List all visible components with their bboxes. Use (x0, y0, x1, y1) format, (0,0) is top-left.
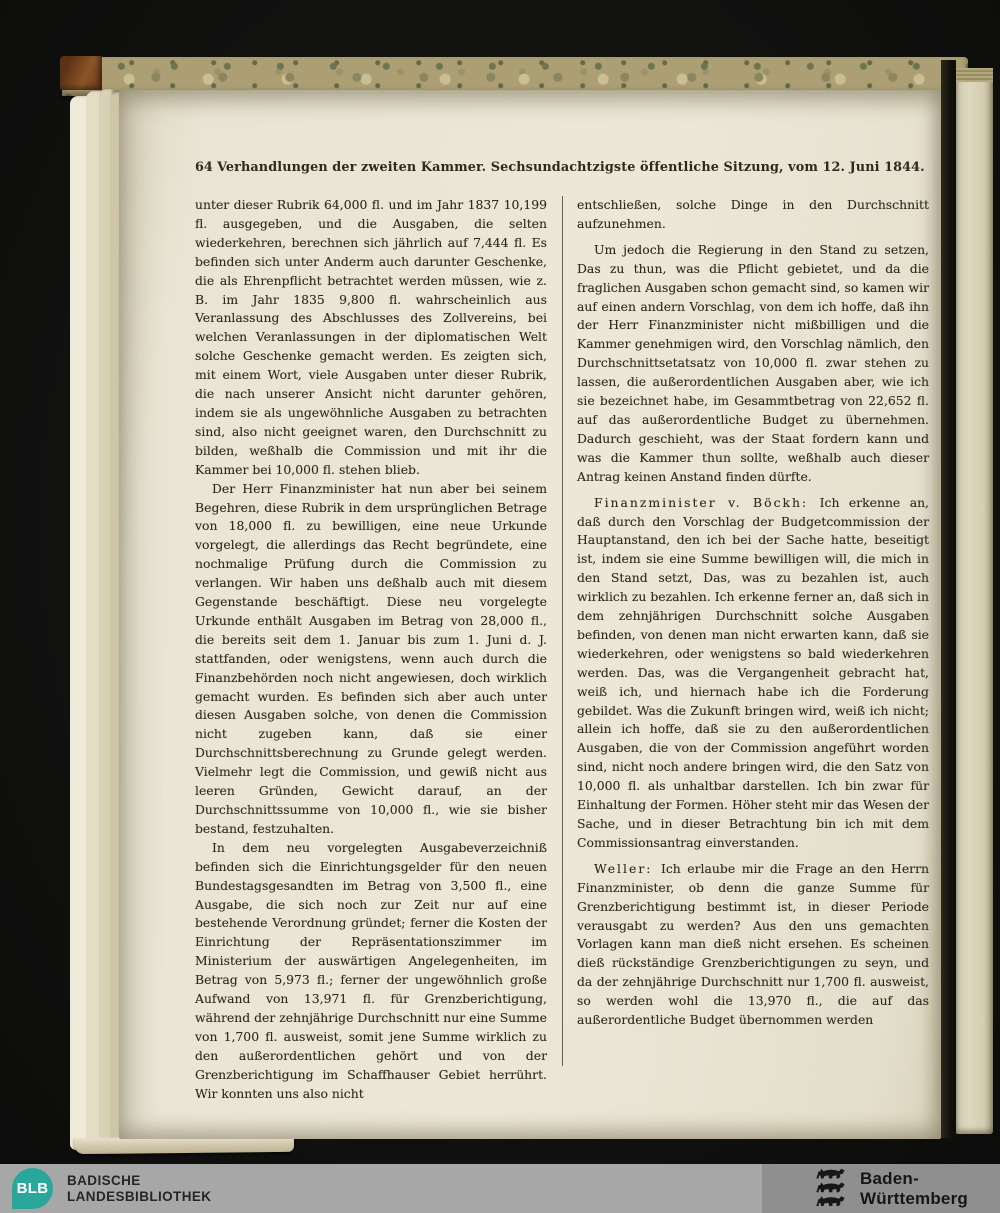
blb-logo: BLB (12, 1168, 53, 1209)
speaker-name: Finanzminister v. Böckh: (594, 495, 820, 510)
branding-right-section: Baden-Württemberg (762, 1164, 1000, 1213)
paragraph: Um jedoch die Regierung in den Stand zu … (577, 241, 929, 487)
region-label: Baden-Württemberg (860, 1169, 1000, 1209)
library-name-line1: BADISCHE (67, 1173, 211, 1189)
right-text-column: entschließen, solche Dinge in den Durchs… (577, 196, 929, 1101)
book-gutter-shadow (941, 60, 956, 1138)
page-number: 64 (195, 160, 213, 175)
library-name-line2: LANDESBIBLIOTHEK (67, 1189, 211, 1205)
library-branding-bar: BLB BADISCHE LANDESBIBLIOTHEK Baden-Würt… (0, 1164, 1000, 1213)
page-header: 64 Verhandlungen der zweiten Kammer. Sec… (195, 160, 929, 180)
left-text-column: unter dieser Rubrik 64,000 fl. und im Ja… (195, 196, 547, 1101)
paragraph: Der Herr Finanzminister hat nun aber bei… (195, 480, 547, 839)
speaker-name: Weller: (594, 861, 661, 876)
library-name: BADISCHE LANDESBIBLIOTHEK (67, 1173, 211, 1204)
paragraph: In dem neu vorgelegten Ausgabeverzeichni… (195, 839, 547, 1104)
scanned-book-page: 64 Verhandlungen der zweiten Kammer. Sec… (119, 90, 941, 1139)
paragraph: unter dieser Rubrik 64,000 fl. und im Ja… (195, 196, 547, 480)
book-photo: 64 Verhandlungen der zweiten Kammer. Sec… (0, 0, 1000, 1164)
paragraph: Weller: Ich erlaube mir die Frage an den… (577, 860, 929, 1030)
library-viewer-stage: 64 Verhandlungen der zweiten Kammer. Sec… (0, 0, 1000, 1213)
running-title: Verhandlungen der zweiten Kammer. Sechsu… (213, 160, 929, 175)
blb-logo-text: BLB (17, 1180, 49, 1197)
text-columns: unter dieser Rubrik 64,000 fl. und im Ja… (195, 196, 929, 1101)
paragraph: Finanzminister v. Böckh: Ich erkenne an,… (577, 494, 929, 853)
baden-wuerttemberg-coat-of-arms-icon (812, 1168, 848, 1210)
column-divider-rule (562, 196, 563, 1066)
branding-left-section: BLB BADISCHE LANDESBIBLIOTHEK (0, 1164, 762, 1213)
book-leather-corner (60, 56, 102, 90)
book-fore-edge-pages (956, 68, 993, 1134)
paragraph: entschließen, solche Dinge in den Durchs… (577, 196, 929, 234)
